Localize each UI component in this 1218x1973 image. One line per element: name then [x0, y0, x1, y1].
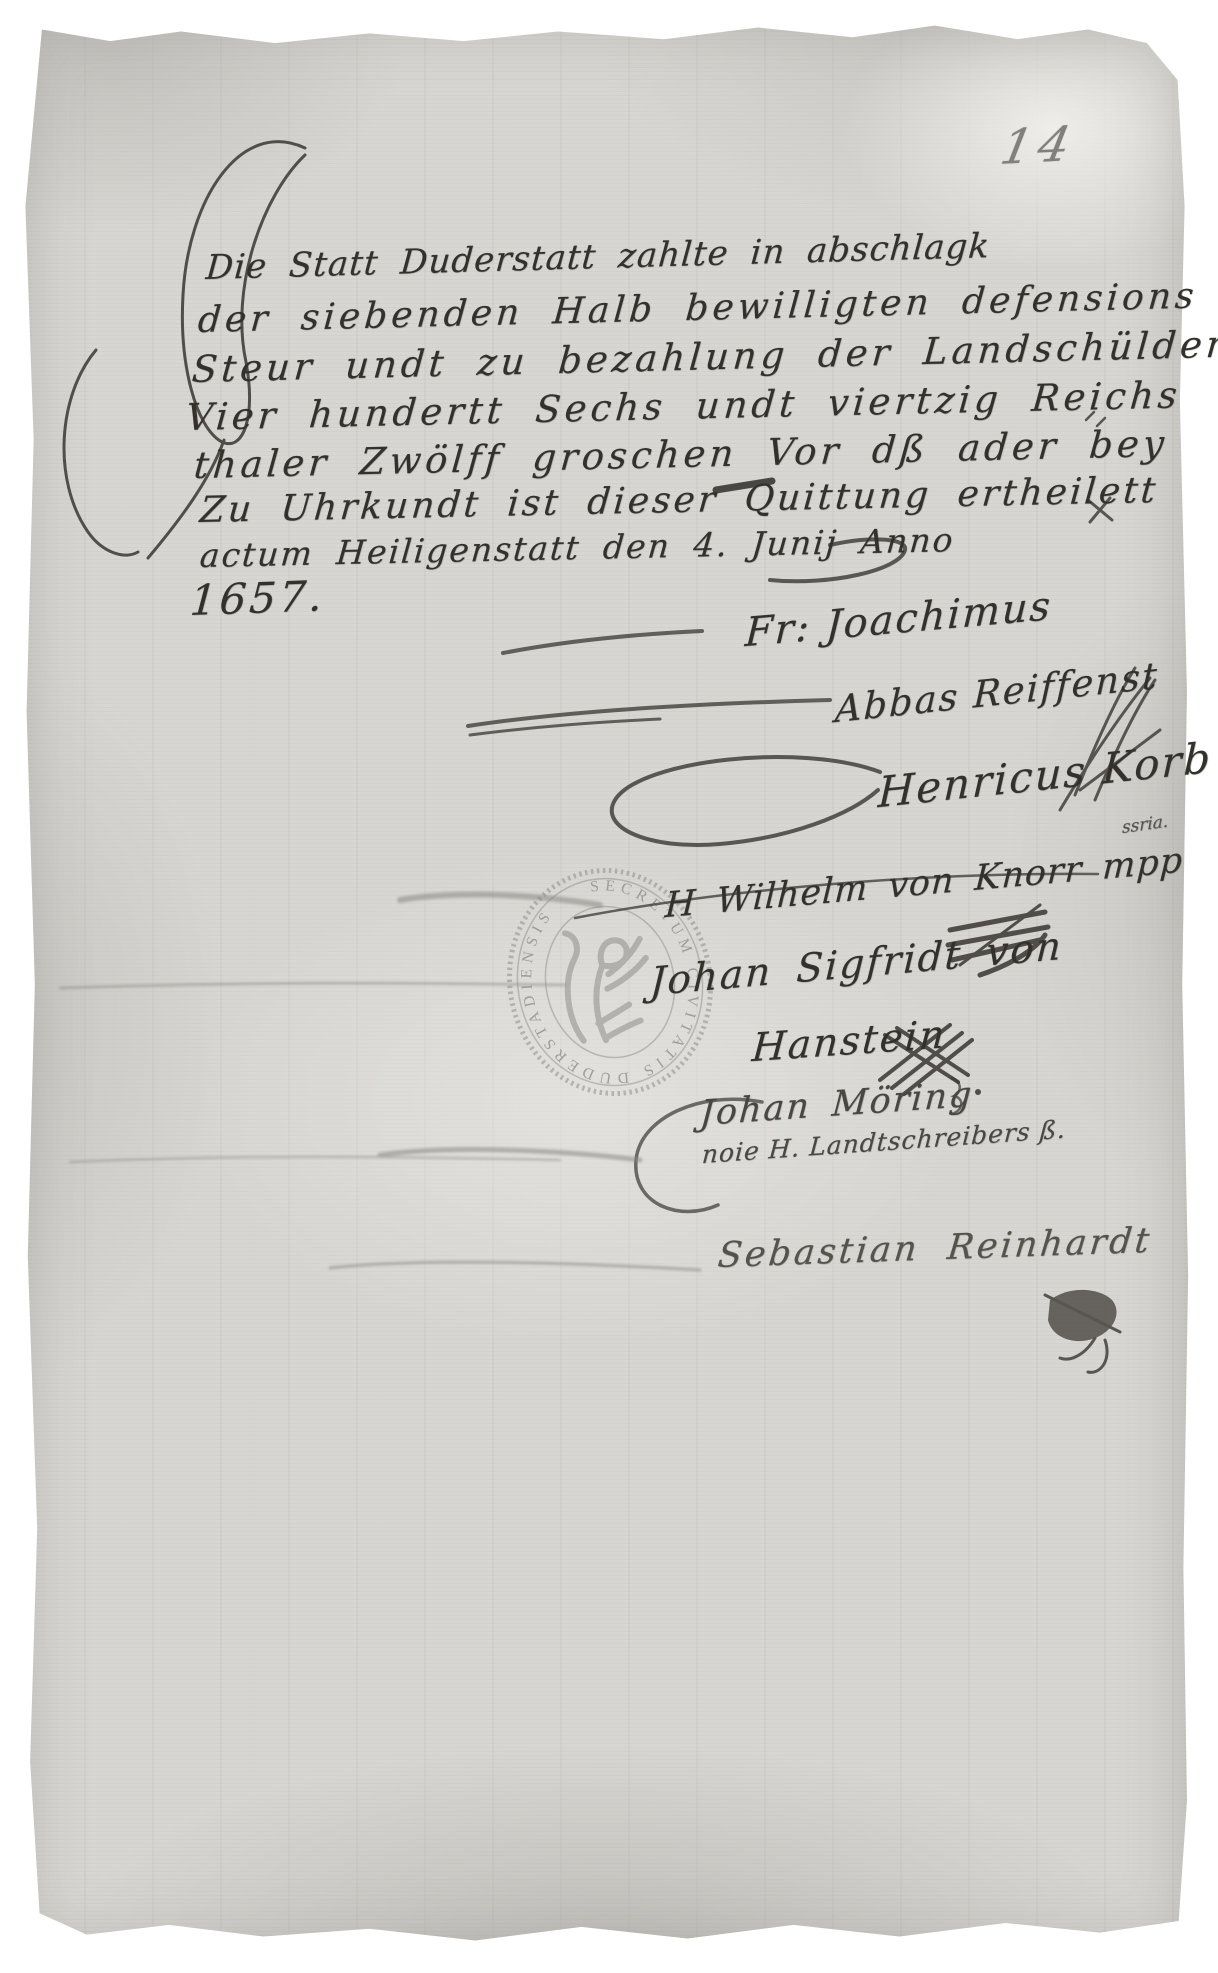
- manuscript-line: 1657.: [188, 571, 327, 625]
- lion-rampant-icon: [554, 918, 661, 1046]
- scan-background: { "page": { "number": "14" }, "manuscrip…: [0, 0, 1218, 1973]
- page-number: 14: [996, 116, 1081, 176]
